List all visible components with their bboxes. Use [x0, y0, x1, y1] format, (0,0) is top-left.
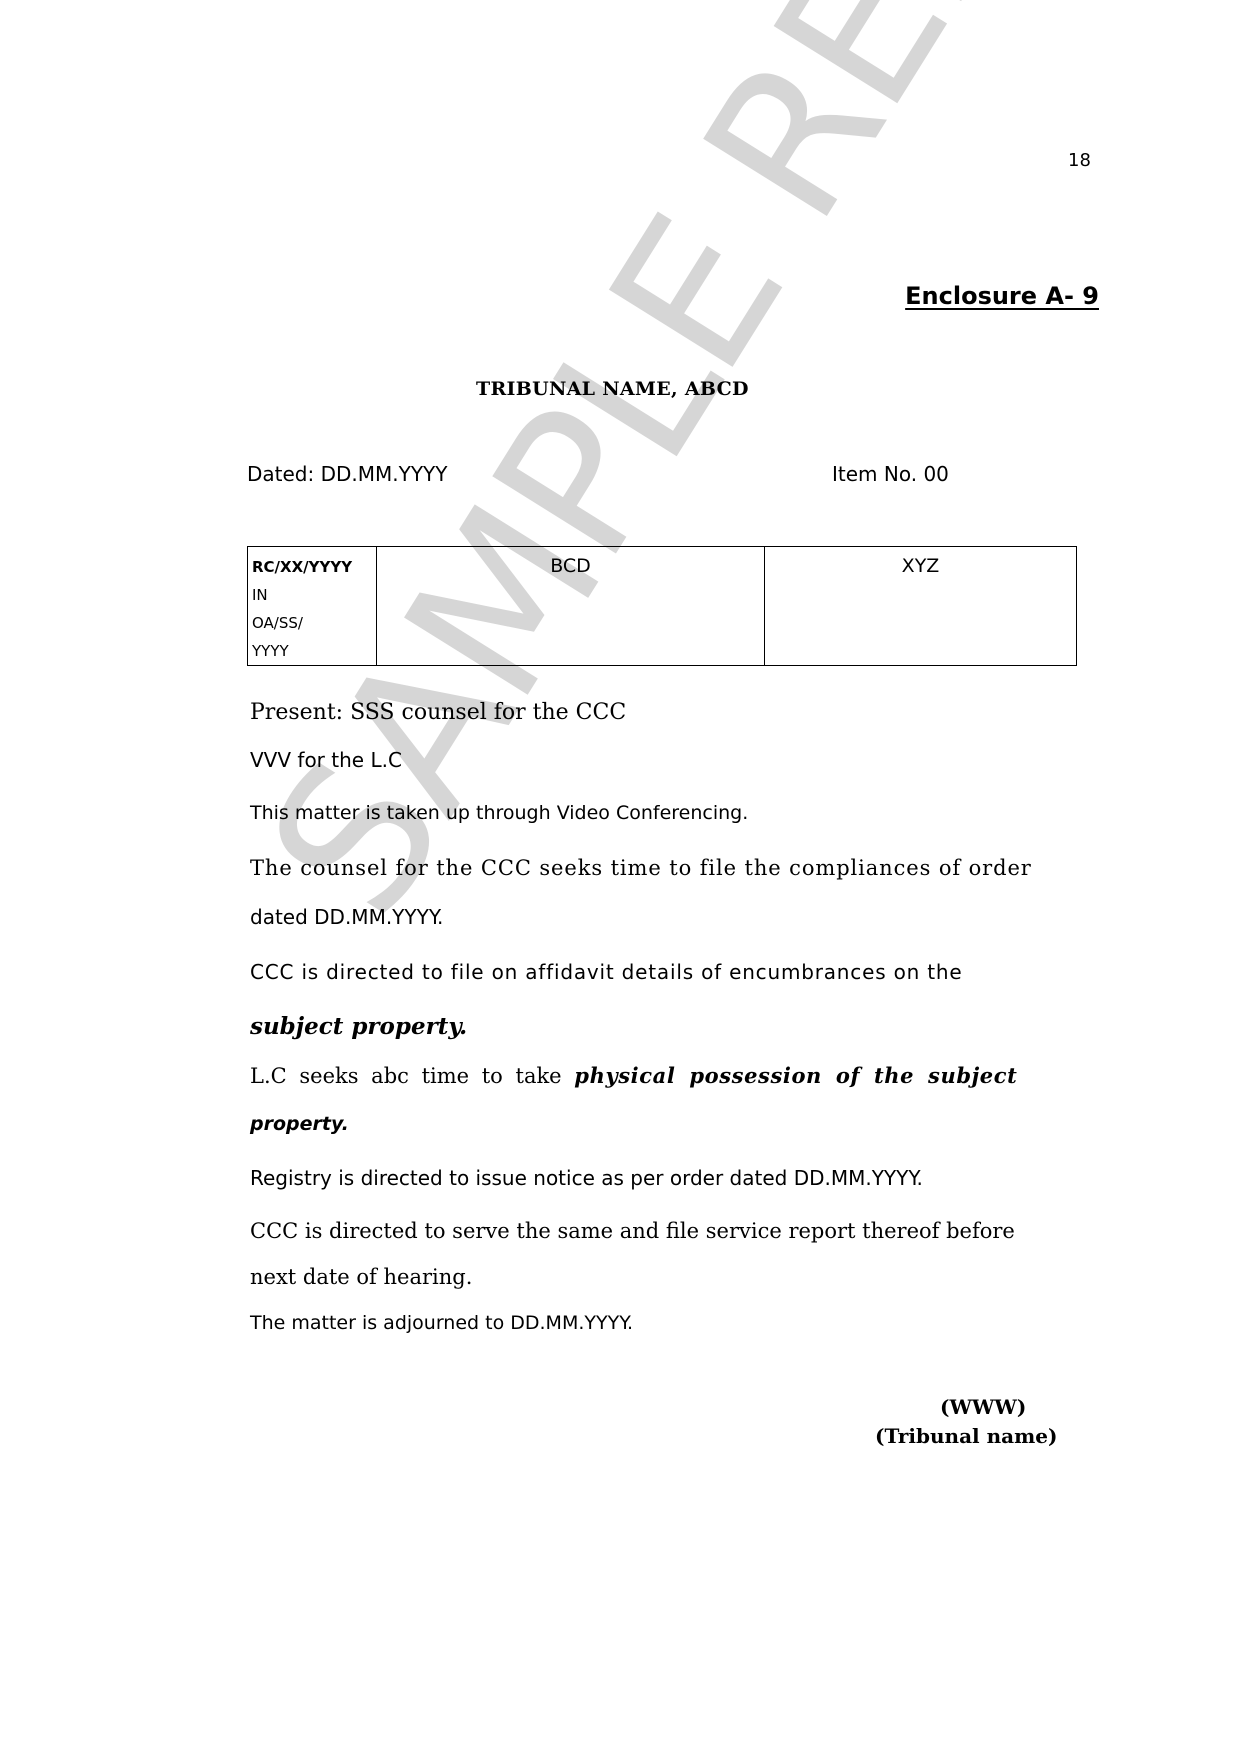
lc-seeks-emphasis: physical possession of the subject: [574, 1063, 1017, 1088]
item-number: Item No. 00: [832, 462, 949, 486]
video-conferencing-line: This matter is taken up through Video Co…: [250, 802, 748, 824]
lc-seeks-line-2: property.: [250, 1113, 349, 1135]
counsel-line-1: The counsel for the CCC seeks time to fi…: [250, 856, 1032, 880]
ccc-directed-line-2: subject property.: [250, 1013, 467, 1040]
lc-seeks-line-1: L.C seeks abc time to take physical poss…: [250, 1063, 1017, 1088]
page-number: 18: [1068, 150, 1091, 171]
signature-tribunal: (Tribunal name): [875, 1424, 1057, 1448]
serve-line-1: CCC is directed to serve the same and fi…: [250, 1219, 1015, 1243]
case-number-line: OA/SS/: [252, 609, 372, 637]
case-number-line: YYYY: [252, 637, 372, 665]
registry-line: Registry is directed to issue notice as …: [250, 1166, 923, 1190]
case-number-line: IN: [252, 581, 372, 609]
case-number: RC/XX/YYYY: [252, 553, 372, 581]
counsel-line-2: dated DD.MM.YYYY.: [250, 905, 443, 929]
party-2-cell: XYZ: [765, 547, 1077, 666]
signature-name: (WWW): [940, 1395, 1026, 1419]
ccc-directed-line-1: CCC is directed to file on affidavit det…: [250, 960, 962, 984]
case-number-cell: RC/XX/YYYY IN OA/SS/ YYYY: [248, 547, 377, 666]
dated-label: Dated: DD.MM.YYYY: [247, 462, 448, 486]
vvv-line: VVV for the L.C: [250, 748, 402, 772]
serve-line-2: next date of hearing.: [250, 1265, 472, 1289]
case-table: RC/XX/YYYY IN OA/SS/ YYYY BCD XYZ: [247, 546, 1077, 666]
lc-seeks-plain: L.C seeks abc time to take: [250, 1064, 574, 1088]
present-line: Present: SSS counsel for the CCC: [250, 700, 626, 725]
adjourned-line: The matter is adjourned to DD.MM.YYYY.: [250, 1312, 633, 1334]
enclosure-heading: Enclosure A- 9: [905, 282, 1099, 310]
tribunal-title: TRIBUNAL NAME, ABCD: [476, 378, 749, 400]
party-1-cell: BCD: [377, 547, 765, 666]
case-table-row: RC/XX/YYYY IN OA/SS/ YYYY BCD XYZ: [248, 547, 1077, 666]
